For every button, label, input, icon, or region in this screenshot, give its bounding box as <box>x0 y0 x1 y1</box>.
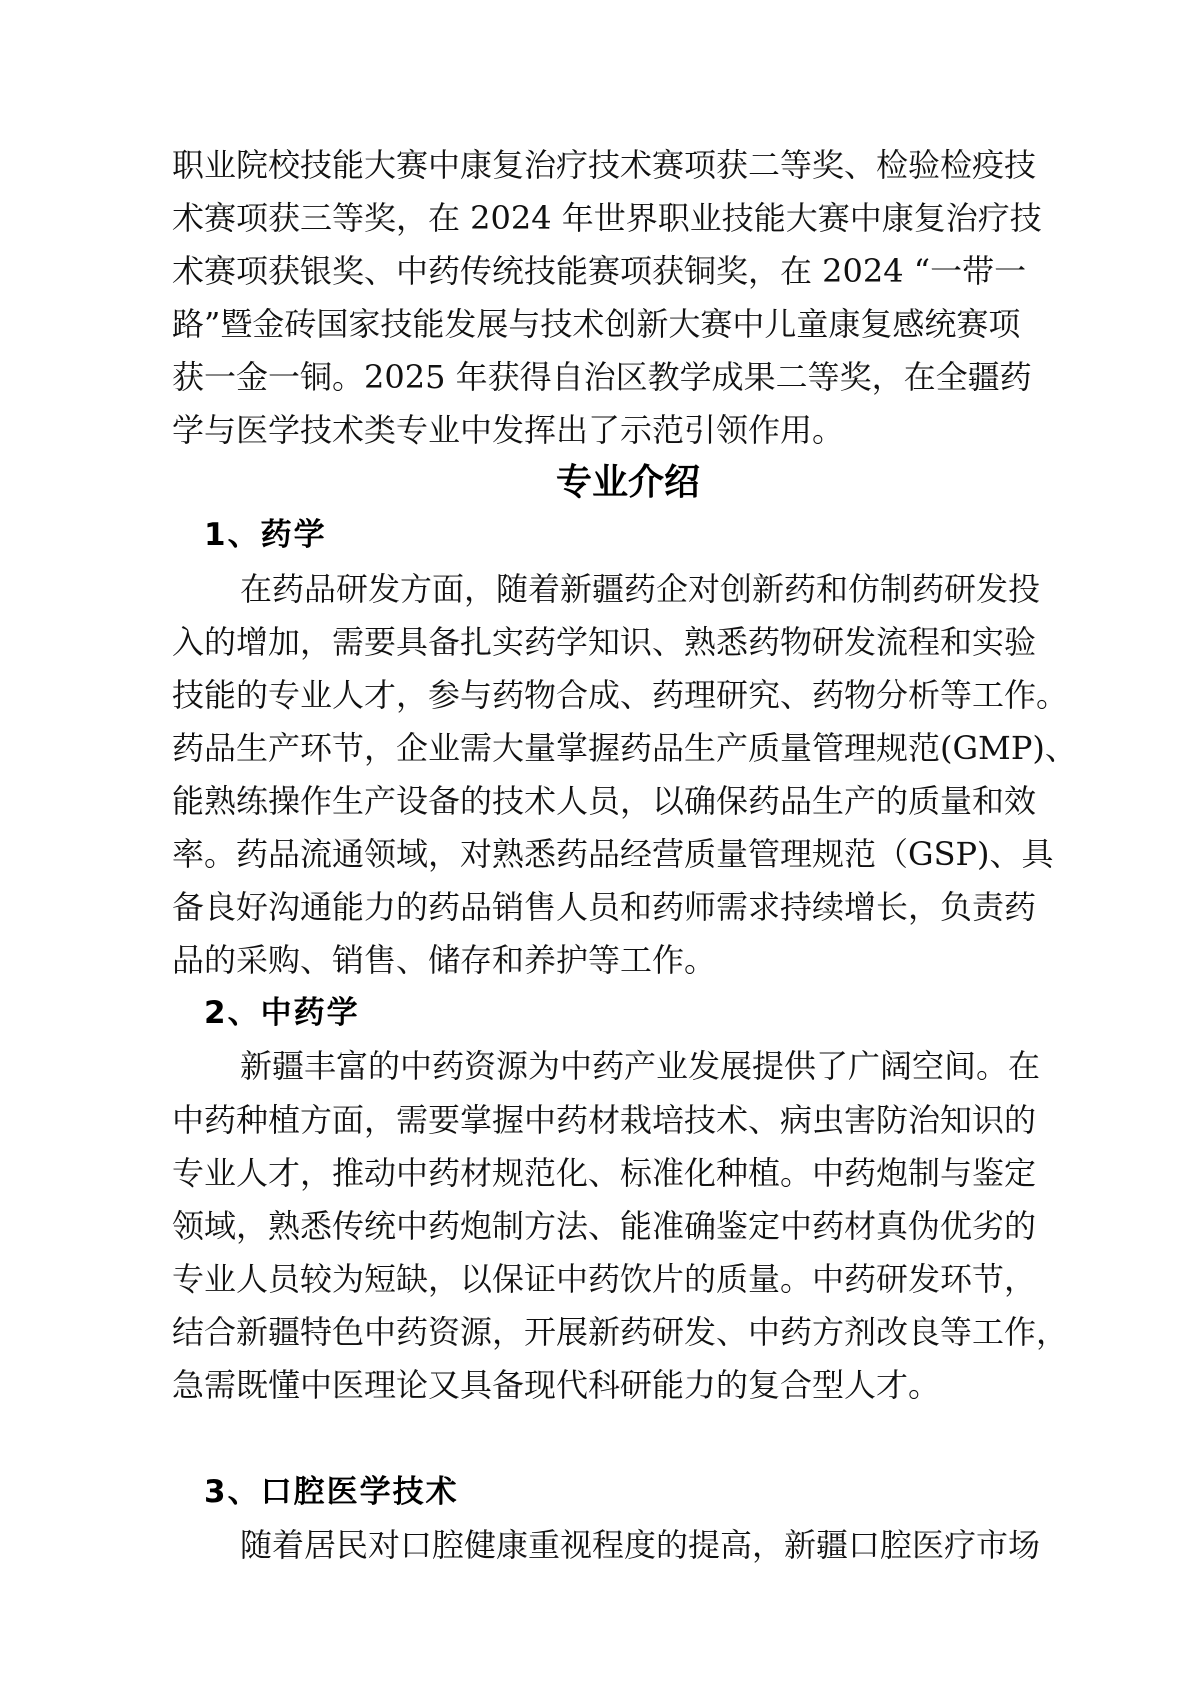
paragraph-line: 术赛项获银奖、中药传统技能赛项获铜奖，在 2024 “一带一 <box>172 245 1015 298</box>
paragraph-line: 专业人员较为短缺，以保证中药饮片的质量。中药研发环节， <box>172 1253 1015 1306</box>
paragraph-line: 率。药品流通领域，对熟悉药品经营质量管理规范（GSP)、具 <box>172 828 1015 881</box>
paragraph-line: 中药种植方面，需要掌握中药材栽培技术、病虫害防治知识的 <box>172 1094 1015 1147</box>
paragraph-line: 入的增加，需要具备扎实药学知识、熟悉药物研发流程和实验 <box>172 616 1015 669</box>
paragraph-line: 专业人才，推动中药材规范化、标准化种植。中药炮制与鉴定 <box>172 1147 1015 1200</box>
paragraph-line: 职业院校技能大赛中康复治疗技术赛项获二等奖、检验检疫技 <box>172 139 1015 192</box>
paragraph-line: 领域，熟悉传统中药炮制方法、能准确鉴定中药材真伪优劣的 <box>172 1200 1015 1253</box>
paragraph-line: 急需既懂中医理论又具备现代科研能力的复合型人才。 <box>172 1359 1015 1412</box>
paragraph-line: 学与医学技术类专业中发挥出了示范引领作用。 <box>172 404 1015 457</box>
paragraph-line: 能熟练操作生产设备的技术人员，以确保药品生产的质量和效 <box>172 775 1015 828</box>
major-heading-dental: 3、口腔医学技术 <box>204 1466 459 1519</box>
paragraph-line: 随着居民对口腔健康重视程度的提高，新疆口腔医疗市场 <box>240 1519 1015 1572</box>
paragraph-line: 获一金一铜。2025 年获得自治区教学成果二等奖，在全疆药 <box>172 351 1015 404</box>
paragraph-line: 新疆丰富的中药资源为中药产业发展提供了广阔空间。在 <box>240 1040 1015 1093</box>
paragraph-line: 药品生产环节，企业需大量掌握药品生产质量管理规范(GMP)、 <box>172 722 1015 775</box>
section-title: 专业介绍 <box>172 456 1084 509</box>
paragraph-line: 在药品研发方面，随着新疆药企对创新药和仿制药研发投 <box>240 563 1015 616</box>
paragraph-line: 术赛项获三等奖，在 2024 年世界职业技能大赛中康复治疗技 <box>172 192 1015 245</box>
paragraph-line: 备良好沟通能力的药品销售人员和药师需求持续增长，负责药 <box>172 881 1015 934</box>
major-heading-pharmacy: 1、药学 <box>204 509 327 562</box>
paragraph-line: 路”暨金砖国家技能发展与技术创新大赛中儿童康复感统赛项 <box>172 298 1015 351</box>
paragraph-line: 品的采购、销售、储存和养护等工作。 <box>172 934 1015 987</box>
document-page: 职业院校技能大赛中康复治疗技术赛项获二等奖、检验检疫技 术赛项获三等奖，在 20… <box>0 0 1191 1684</box>
major-heading-tcm: 2、中药学 <box>204 987 360 1040</box>
paragraph-line: 结合新疆特色中药资源，开展新药研发、中药方剂改良等工作， <box>172 1306 1015 1359</box>
paragraph-line: 技能的专业人才，参与药物合成、药理研究、药物分析等工作。 <box>172 669 1015 722</box>
